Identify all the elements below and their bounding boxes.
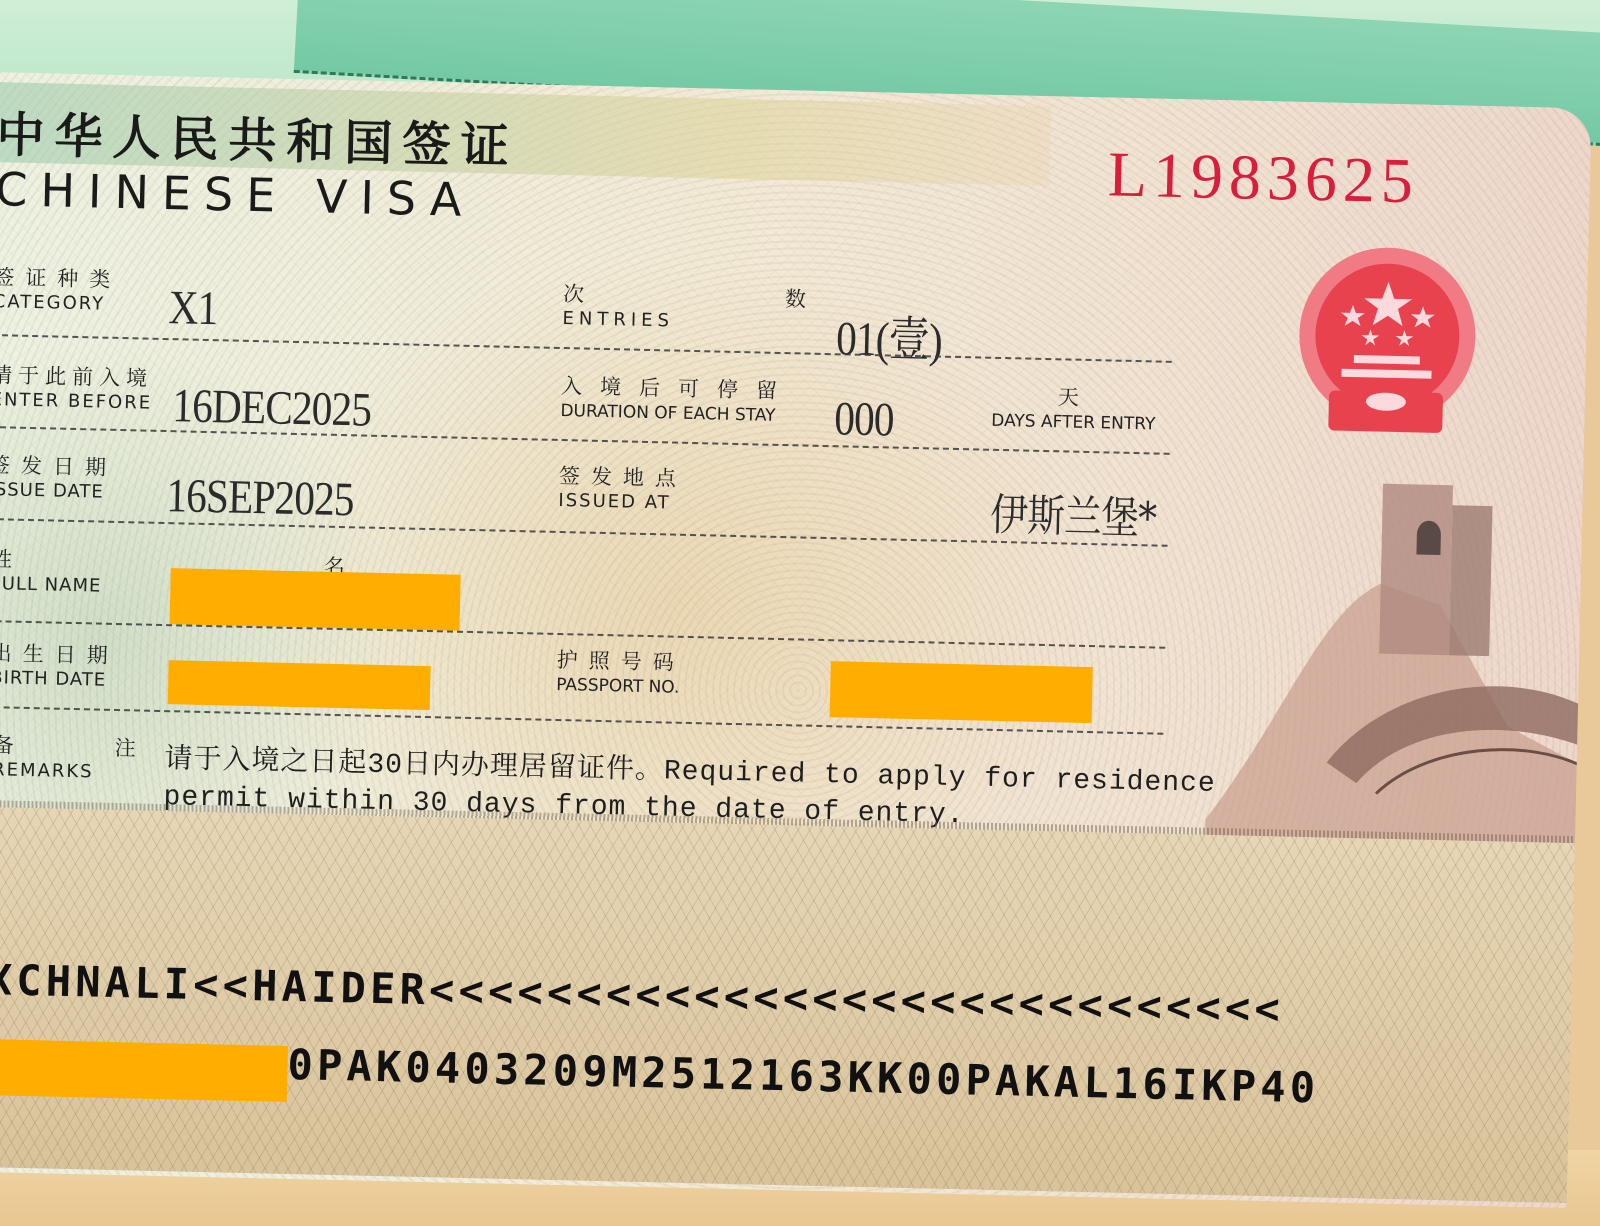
birth-date-label-zh: 出生日期 (0, 640, 119, 669)
issue-date-value: 16SEP2025 (166, 468, 354, 527)
issue-date-label-zh: 签发日期 (0, 452, 117, 481)
enter-before-label: 请于此前入境 ENTER BEFORE (0, 362, 153, 416)
mrz-line-1: VXCHNALI<<HAIDER<<<<<<<<<<<<<<<<<<<<<<<<… (0, 954, 1285, 1033)
category-label: 签证种类 CATEGORY (0, 264, 122, 317)
enter-before-label-zh: 请于此前入境 (0, 362, 153, 392)
birth-date-label-en: BIRTH DATE (0, 666, 118, 693)
remarks-label-en: REMARKS (0, 758, 175, 786)
issued-at-value: 伊斯兰堡* (990, 479, 1157, 547)
category-value: X1 (168, 280, 218, 336)
passport-no-redaction (830, 661, 1093, 723)
passport-no-label: 护照号码 PASSPORT NO. (556, 647, 685, 700)
enter-before-label-en: ENTER BEFORE (0, 388, 153, 416)
category-label-en: CATEGORY (0, 290, 121, 317)
remarks-label-zh: 备 注 (0, 732, 176, 762)
enter-before-value: 16DEC2025 (172, 378, 372, 437)
great-wall-illustration (1205, 460, 1592, 849)
machine-readable-zone: VXCHNALI<<HAIDER<<<<<<<<<<<<<<<<<<<<<<<<… (0, 807, 1575, 1203)
full-name-redaction (170, 568, 461, 631)
duration-unit: 天 DAYS AFTER ENTRY (968, 382, 1179, 437)
duration-unit-en: DAYS AFTER ENTRY (968, 408, 1178, 437)
issued-at-label-zh: 签发地点 (559, 463, 688, 492)
issue-date-label-en: ISSUE DATE (0, 478, 117, 505)
visa-sticker: 中华人民共和国签证 CHINESE VISA L1983625 签证种类 CAT… (0, 72, 1592, 1208)
visa-title-english: CHINESE VISA (0, 162, 475, 227)
remarks-label: 备 注 REMARKS (0, 732, 176, 786)
national-emblem-icon (1280, 241, 1494, 446)
entries-value: 01(壹) (835, 299, 942, 370)
birth-date-redaction (168, 660, 431, 710)
birth-date-label: 出生日期 BIRTH DATE (0, 640, 119, 693)
duration-label: 入境后可停留 DURATION OF EACH STAY (560, 373, 795, 428)
duration-value: 000 (834, 391, 895, 447)
passport-no-label-zh: 护照号码 (557, 647, 686, 676)
issue-date-label: 签发日期 ISSUE DATE (0, 452, 117, 505)
passport-no-label-en: PASSPORT NO. (556, 673, 685, 700)
category-label-zh: 签证种类 (0, 264, 122, 293)
issued-at-label: 签发地点 ISSUED AT (558, 463, 687, 516)
mrz-line-2-redaction (0, 1039, 288, 1102)
issued-at-label-en: ISSUED AT (558, 489, 687, 516)
visa-number: L1983625 (1107, 137, 1420, 218)
mrz-line-2: 0PAK0403209M2512163KK00PAKAL16IKP40 (287, 1040, 1320, 1112)
